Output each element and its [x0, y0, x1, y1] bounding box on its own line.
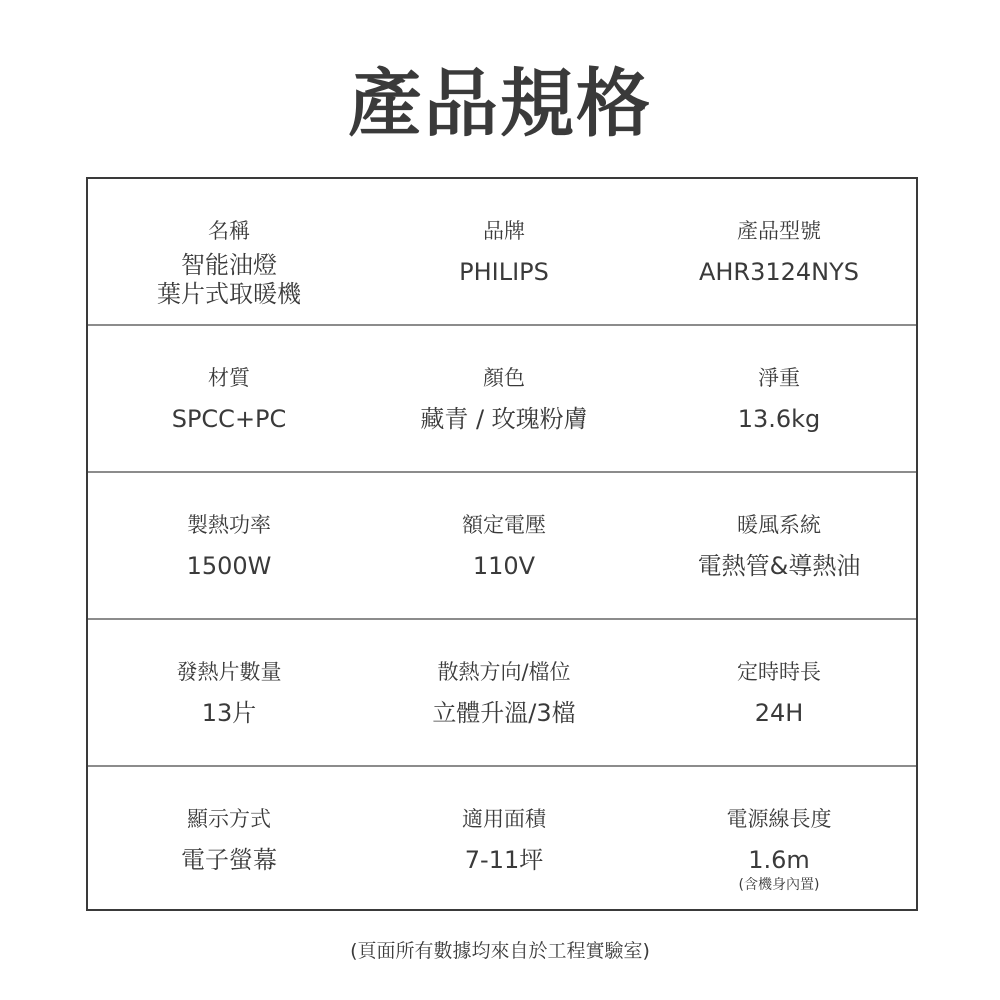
spec-value-line: 葉片式取暖機	[88, 280, 370, 309]
spec-value: SPCC+PC	[88, 404, 370, 434]
spec-label: 顯示方式	[88, 805, 370, 833]
spec-label: 顏色	[363, 364, 645, 392]
page-title: 產品規格	[0, 56, 1000, 152]
spec-cell-display: 顯示方式 電子螢幕	[88, 767, 370, 913]
spec-cell-cord-length: 電源線長度 1.6m (含機身內置)	[638, 767, 920, 913]
spec-row: 製熱功率 1500W 額定電壓 110V 暖風系統 電熱管&導熱油	[88, 473, 916, 620]
spec-value: 1.6m	[638, 845, 920, 875]
spec-row: 名稱 智能油燈 葉片式取暖機 品牌 PHILIPS 產品型號 AHR3124NY…	[88, 179, 916, 326]
spec-note: (含機身內置)	[638, 876, 920, 894]
spec-value: 13片	[88, 698, 370, 728]
spec-cell-heating-power: 製熱功率 1500W	[88, 473, 370, 618]
footer-note: (頁面所有數據均來自於工程實驗室)	[0, 938, 1000, 964]
spec-label: 額定電壓	[363, 511, 645, 539]
spec-value: 電熱管&導熱油	[638, 551, 920, 581]
spec-value: 電子螢幕	[88, 845, 370, 875]
spec-label: 淨重	[638, 364, 920, 392]
spec-cell-coverage-area: 適用面積 7-11坪	[363, 767, 645, 913]
spec-label: 品牌	[363, 217, 645, 245]
spec-cell-fin-count: 發熱片數量 13片	[88, 620, 370, 765]
spec-value: 智能油燈 葉片式取暖機	[88, 251, 370, 309]
spec-cell-rated-voltage: 額定電壓 110V	[363, 473, 645, 618]
spec-label: 材質	[88, 364, 370, 392]
spec-cell-brand: 品牌 PHILIPS	[363, 179, 645, 324]
spec-value: 1500W	[88, 551, 370, 581]
spec-value: 24H	[638, 698, 920, 728]
spec-label: 產品型號	[638, 217, 920, 245]
spec-row: 顯示方式 電子螢幕 適用面積 7-11坪 電源線長度 1.6m (含機身內置)	[88, 767, 916, 913]
spec-cell-heat-direction: 散熱方向/檔位 立體升溫/3檔	[363, 620, 645, 765]
spec-label: 電源線長度	[638, 805, 920, 833]
spec-label: 散熱方向/檔位	[363, 658, 645, 686]
spec-label: 適用面積	[363, 805, 645, 833]
spec-cell-color: 顏色 藏青 / 玫瑰粉膚	[363, 326, 645, 471]
spec-value: AHR3124NYS	[638, 257, 920, 287]
spec-value: PHILIPS	[363, 257, 645, 287]
spec-label: 發熱片數量	[88, 658, 370, 686]
spec-cell-name: 名稱 智能油燈 葉片式取暖機	[88, 179, 370, 324]
spec-value: 13.6kg	[638, 404, 920, 434]
spec-value-line: 智能油燈	[88, 251, 370, 280]
spec-value: 藏青 / 玫瑰粉膚	[363, 404, 645, 434]
spec-cell-timer: 定時時長 24H	[638, 620, 920, 765]
spec-value: 110V	[363, 551, 645, 581]
spec-cell-heating-system: 暖風系統 電熱管&導熱油	[638, 473, 920, 618]
spec-row: 發熱片數量 13片 散熱方向/檔位 立體升溫/3檔 定時時長 24H	[88, 620, 916, 767]
spec-cell-material: 材質 SPCC+PC	[88, 326, 370, 471]
spec-label: 定時時長	[638, 658, 920, 686]
spec-value: 立體升溫/3檔	[363, 698, 645, 728]
spec-table: 名稱 智能油燈 葉片式取暖機 品牌 PHILIPS 產品型號 AHR3124NY…	[86, 177, 918, 911]
spec-row: 材質 SPCC+PC 顏色 藏青 / 玫瑰粉膚 淨重 13.6kg	[88, 326, 916, 473]
spec-label: 暖風系統	[638, 511, 920, 539]
spec-cell-model: 產品型號 AHR3124NYS	[638, 179, 920, 324]
spec-label: 製熱功率	[88, 511, 370, 539]
spec-cell-net-weight: 淨重 13.6kg	[638, 326, 920, 471]
spec-label: 名稱	[88, 217, 370, 245]
spec-value: 7-11坪	[363, 845, 645, 875]
